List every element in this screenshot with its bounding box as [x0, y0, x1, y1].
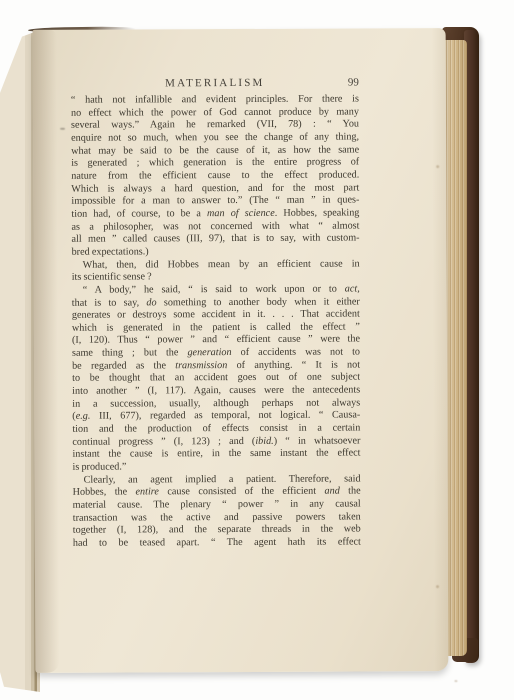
text-line: material cause. The plenary “ power ” in… [73, 498, 361, 512]
text-block: “ hath not infallible and evident princi… [71, 93, 361, 550]
text-line: had to be teased apart. “ The agent hath… [73, 536, 361, 550]
text-line: to be thought that an accident goes out … [72, 372, 360, 386]
page-number: 99 [348, 75, 359, 89]
italic-text: transmission [175, 360, 227, 371]
paragraph: What, then, did Hobbes mean by an effici… [72, 258, 360, 285]
text-line: all men ” called causes (III, 97), that … [71, 233, 359, 247]
text-line: is generated ; which generation is the e… [71, 157, 359, 171]
italic-text: act [345, 283, 358, 294]
text-line: Which is always a hard question, and for… [71, 182, 359, 196]
text-line: Clearly, an agent implied a patient. The… [73, 473, 361, 487]
text-line: no effect which the power of God cannot … [71, 106, 359, 120]
text-line: tion and the production of effects consi… [72, 423, 360, 437]
italic-text: entire [135, 487, 158, 498]
paragraph: “ A body,” he said, “ is said to work up… [72, 283, 361, 474]
foxing-spot [436, 585, 439, 588]
text-line: enquire not so much, when you see the ch… [71, 131, 359, 145]
text-line: “ hath not infallible and evident princi… [71, 93, 359, 107]
text-line: which is generated in the patient is cal… [72, 321, 360, 335]
text-line: bred expectations.) [72, 245, 360, 259]
italic-text: man of science [207, 208, 275, 219]
running-head: MATERIALISM 99 [71, 75, 359, 90]
text-line: several ways.” Again he remarked (VII, 7… [71, 119, 359, 133]
text-line: be regarded as the transmission of anyth… [72, 359, 360, 373]
text-line: into another ” (I, 117). Again, causes w… [72, 385, 360, 399]
text-line: together (I, 128), and the separate thre… [73, 524, 361, 538]
book-page: MATERIALISM 99 “ hath not infallible and… [33, 28, 449, 673]
text-line: instant the cause is entire, in the same… [72, 448, 360, 462]
text-line: as a philosopher, was not concerned with… [71, 220, 359, 234]
text-line: generates or destroys some accident in i… [72, 309, 360, 323]
text-line: nature from the efficient cause to the e… [71, 169, 359, 183]
text-line: continual progress ” (I, 123) ; and (ibi… [72, 435, 360, 449]
text-line: is produced.” [72, 461, 360, 475]
text-line: tion had, of course, to be a man of scie… [71, 207, 359, 221]
running-head-title: MATERIALISM [71, 75, 359, 90]
text-line: What, then, did Hobbes mean by an effici… [72, 258, 360, 272]
text-line: transaction was the active and passive p… [73, 511, 361, 525]
italic-text: generation [187, 347, 231, 358]
text-line: impossible for a man to answer to.” (The… [71, 195, 359, 209]
text-line: its scientific sense ? [72, 271, 360, 285]
text-line: (I, 120). Thus “ power ” and “ efficient… [72, 334, 360, 348]
text-line: in a succession, usually, although perha… [72, 397, 360, 411]
italic-text: and [324, 486, 339, 497]
paragraph: Clearly, an agent implied a patient. The… [73, 473, 361, 550]
italic-text: e.g. [76, 411, 91, 422]
text-line: (e.g. III, 677), regarded as temporal, n… [72, 410, 360, 424]
foxing-spot [60, 128, 65, 130]
italic-text: do [146, 297, 156, 308]
book-photo: MATERIALISM 99 “ hath not infallible and… [0, 0, 514, 700]
text-line: same thing ; but the generation of accid… [72, 347, 360, 361]
text-line: Hobbes, the entire cause consisted of th… [73, 486, 361, 500]
foxing-spot [436, 165, 439, 168]
italic-text: ibid. [255, 436, 273, 447]
paragraph: “ hath not infallible and evident princi… [71, 93, 360, 259]
text-line: “ A body,” he said, “ is said to work up… [72, 283, 360, 297]
foxing-spot [454, 680, 457, 682]
text-line: what may be said to be the cause of it, … [71, 144, 359, 158]
text-line: that is to say, do something to another … [72, 296, 360, 310]
